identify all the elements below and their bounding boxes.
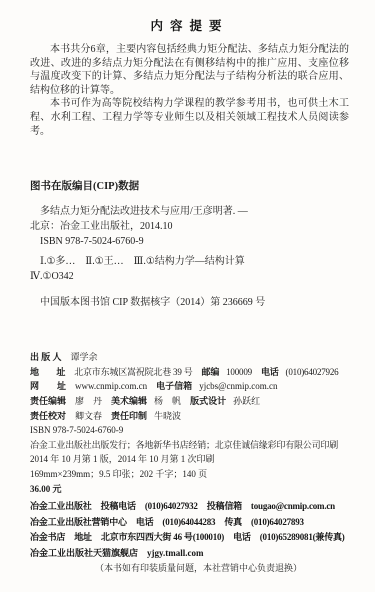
- bookstore-phone-value: (010)65289081(兼传真): [260, 532, 345, 542]
- marketing-fax-label: 传真: [224, 517, 242, 527]
- cip-heading: 图书在版编目(CIP)数据: [30, 179, 351, 194]
- content-summary-section: 内容提要 本书共分6章，主要内容包括经典力矩分配法、多结点力矩分配法的改进、改进…: [0, 0, 375, 138]
- layout-designer-name: 孙跃红: [233, 396, 260, 406]
- cip-book-title-line: 多结点力矩分配法改进技术与应用/王彦明著. —: [30, 204, 351, 219]
- bookstore-address-value: 北京市东四西大街 46 号(100010): [101, 532, 224, 542]
- editor-name: 廖 丹: [75, 396, 102, 406]
- editors-row: 责任编辑廖 丹美术编辑杨 帆版式设计孙跃红: [30, 394, 367, 409]
- email-value: yjcbs@cnmip.com.cn: [199, 381, 277, 391]
- book-copyright-page: 内容提要 本书共分6章，主要内容包括经典力矩分配法、多结点力矩分配法的改进、改进…: [0, 0, 375, 592]
- marketing-fax-value: (010)64027893: [251, 517, 304, 527]
- submission-contact-row: 冶金工业出版社投稿电话(010)64027932投稿信箱tougao@cnmip…: [30, 499, 367, 515]
- summary-paragraph-2: 本书可作为高等院校结构力学课程的教学参考用书，也可供土木工程、水利工程、工程力学…: [30, 97, 349, 138]
- tmall-store-row: 冶金工业出版社天猫旗舰店yjgy.tmall.com: [30, 546, 367, 562]
- phone-value: (010)64027926: [286, 367, 339, 377]
- publisher-row: 出 版 人谭学余: [30, 350, 367, 365]
- bookstore-name: 冶金书店: [30, 532, 65, 542]
- address-label: 地 址: [30, 367, 65, 377]
- cip-classification-line1: Ⅰ.①多… Ⅱ.①王… Ⅲ.①结构力学—结构计算: [30, 254, 351, 269]
- email-label: 电子信箱: [156, 381, 192, 391]
- submission-phone-label: 投稿电话: [101, 501, 136, 511]
- bookstore-row: 冶金书店地址北京市东四西大街 46 号(100010)电话(010)652890…: [30, 530, 367, 546]
- cip-publisher-line: 北京：冶金工业出版社，2014.10: [30, 219, 351, 234]
- publisher-name-text: 冶金工业出版社: [30, 501, 92, 511]
- print-supervisor-name: 牛晓波: [154, 411, 181, 421]
- tmall-store-url: yjgy.tmall.com: [147, 548, 204, 558]
- bookstore-address-label: 地址: [74, 532, 92, 542]
- colophon-section: 出 版 人谭学余 地 址北京市东城区嵩祝院北巷 39 号邮编100009电话(0…: [0, 310, 375, 496]
- summary-title: 内容提要: [30, 16, 349, 34]
- address-value: 北京市东城区嵩祝院北巷 39 号: [74, 367, 192, 377]
- website-row: 网 址www.cnmip.com.cn电子信箱yjcbs@cnmip.com.c…: [30, 379, 367, 394]
- proofreader-label: 责任校对: [30, 411, 66, 421]
- cip-isbn: ISBN 978-7-5024-6760-9: [30, 234, 351, 249]
- cip-section: 图书在版编目(CIP)数据 多结点力矩分配法改进技术与应用/王彦明著. — 北京…: [0, 138, 375, 310]
- proofreader-name: 卿文春: [75, 411, 102, 421]
- marketing-center-row: 冶金工业出版社营销中心电话(010)64044283传真(010)6402789…: [30, 515, 367, 531]
- art-editor-name: 杨 帆: [154, 396, 181, 406]
- marketing-phone-label: 电话: [136, 517, 154, 527]
- price-line: 36.00 元: [30, 482, 367, 497]
- summary-paragraph-1: 本书共分6章，主要内容包括经典力矩分配法、多结点力矩分配法的改进、改进的多结点力…: [30, 43, 349, 97]
- postcode-label: 邮编: [202, 367, 220, 377]
- marketing-center-name: 冶金工业出版社营销中心: [30, 517, 127, 527]
- isbn-line: ISBN 978-7-5024-6760-9: [30, 423, 367, 438]
- publisher-label: 出 版 人: [30, 352, 62, 362]
- submission-email-label: 投稿信箱: [207, 501, 242, 511]
- contact-section: 冶金工业出版社投稿电话(010)64027932投稿信箱tougao@cnmip…: [0, 496, 375, 577]
- return-policy-note: （本书如有印装质量问题，本社营销中心负责退换）: [30, 561, 367, 577]
- edition-line: 2014 年 10 月第 1 版，2014 年 10 月第 1 次印刷: [30, 452, 367, 467]
- website-value: www.cnmip.com.cn: [75, 381, 147, 391]
- address-row: 地 址北京市东城区嵩祝院北巷 39 号邮编100009电话(010)640279…: [30, 365, 367, 380]
- proofreader-row: 责任校对卿文春责任印制牛晓波: [30, 409, 367, 424]
- marketing-phone-value: (010)64044283: [162, 517, 215, 527]
- phone-label: 电话: [261, 367, 279, 377]
- format-line: 169mm×239mm；9.5 印张；202 千字；140 页: [30, 467, 367, 482]
- postcode-value: 100009: [226, 367, 252, 377]
- publisher-name: 谭学余: [71, 352, 98, 362]
- website-label: 网 址: [30, 381, 66, 391]
- art-editor-label: 美术编辑: [111, 396, 147, 406]
- submission-email-value: tougao@cnmip.com.cn: [251, 501, 335, 511]
- cip-classification-line2: Ⅳ.①O342: [30, 269, 351, 284]
- editor-label: 责任编辑: [30, 396, 66, 406]
- distribution-line: 冶金工业出版社出版发行；各地新华书店经销；北京佳诚信缘彩印有限公司印刷: [30, 438, 367, 453]
- submission-phone-value: (010)64027932: [145, 501, 198, 511]
- print-supervisor-label: 责任印制: [111, 411, 147, 421]
- tmall-store-name: 冶金工业出版社天猫旗舰店: [30, 548, 138, 558]
- cip-record-number: 中国版本图书馆 CIP 数据核字（2014）第 236669 号: [30, 295, 351, 310]
- layout-designer-label: 版式设计: [190, 396, 226, 406]
- bookstore-phone-label: 电话: [233, 532, 251, 542]
